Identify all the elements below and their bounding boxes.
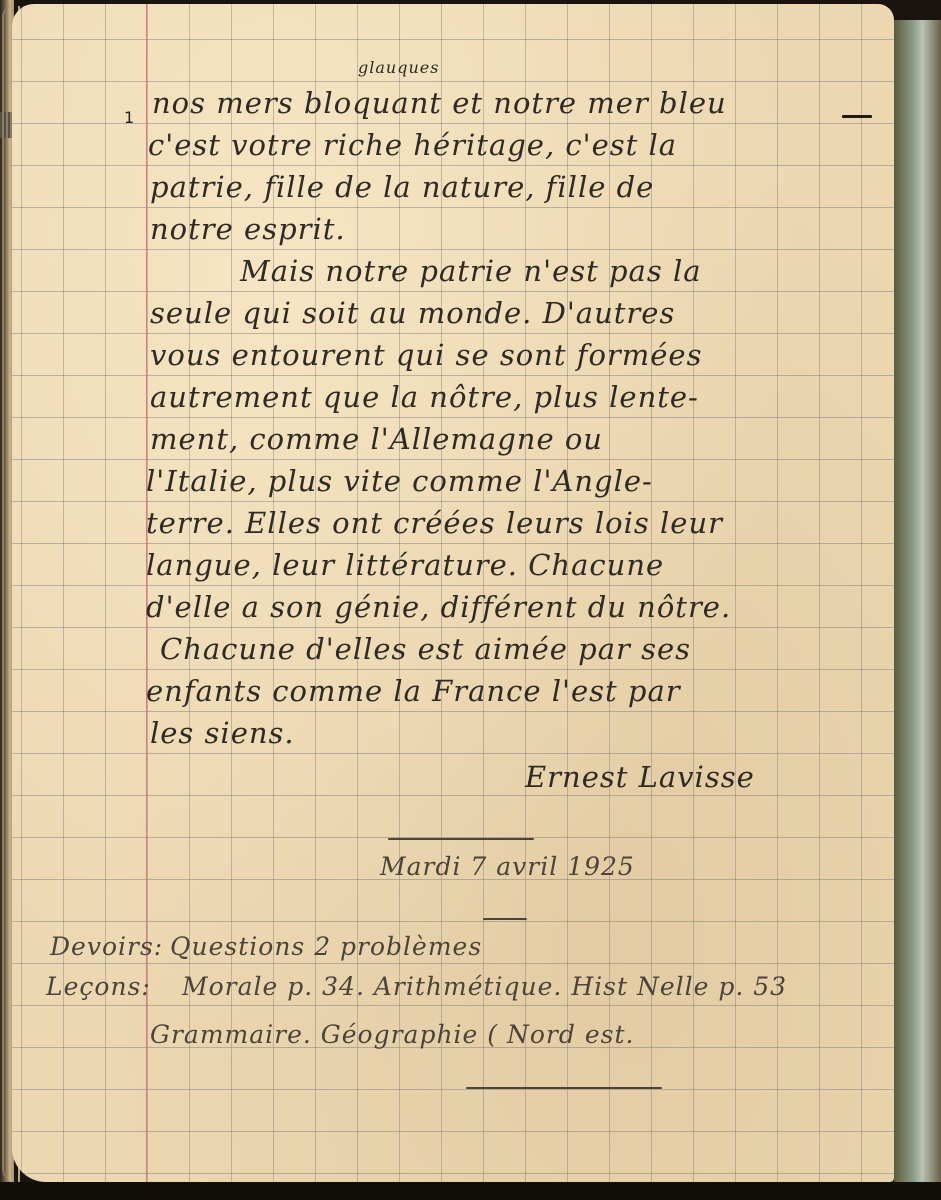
passage-line: nos mers bloquant et notre mer bleu	[152, 86, 727, 120]
passage-line: patrie, fille de la nature, fille de	[150, 170, 654, 204]
author-signature: Ernest Lavisse	[525, 760, 755, 794]
passage-line: seule qui soit au monde. D'autres	[150, 296, 675, 330]
passage-line: c'est votre riche héritage, c'est la	[148, 128, 677, 162]
passage-line: enfants comme la France l'est par	[146, 674, 681, 708]
passage-line: autrement que la nôtre, plus lente-	[150, 380, 699, 414]
passage-line: Mais notre patrie n'est pas la	[240, 254, 702, 288]
passage-line: vous entourent qui se sont formées	[150, 338, 702, 372]
lecons-line-2: Grammaire. Géographie ( Nord est.	[150, 1020, 634, 1049]
passage-line: l'Italie, plus vite comme l'Angle-	[146, 464, 653, 498]
background-bottom	[0, 1182, 941, 1200]
correction-annotation: glauques	[358, 58, 439, 77]
passage-line: langue, leur littérature. Chacune	[146, 548, 664, 582]
lecons-line-1: Morale p. 34. Arithmétique. Hist Nelle p…	[182, 972, 787, 1001]
date-heading: Mardi 7 avril 1925	[380, 852, 635, 881]
passage-line: ment, comme l'Allemagne ou	[150, 422, 603, 456]
lecons-label: Leçons:	[46, 972, 151, 1001]
separator-rule-bottom	[466, 1087, 662, 1089]
separator-rule-top	[388, 838, 534, 840]
line-end-dash	[842, 115, 872, 118]
devoirs-text: Questions 2 problèmes	[170, 932, 482, 961]
separator-rule-short	[483, 918, 527, 920]
passage-line: terre. Elles ont créées leurs lois leur	[146, 506, 723, 540]
devoirs-label: Devoirs:	[50, 932, 163, 961]
passage-line: Chacune d'elles est aimée par ses	[160, 632, 691, 666]
next-page-edge	[894, 20, 941, 1185]
passage-line: notre esprit.	[150, 212, 346, 246]
passage-line: d'elle a son génie, différent du nôtre.	[146, 590, 731, 624]
line-number-marker: 1	[124, 108, 134, 127]
passage-line: les siens.	[150, 716, 295, 750]
